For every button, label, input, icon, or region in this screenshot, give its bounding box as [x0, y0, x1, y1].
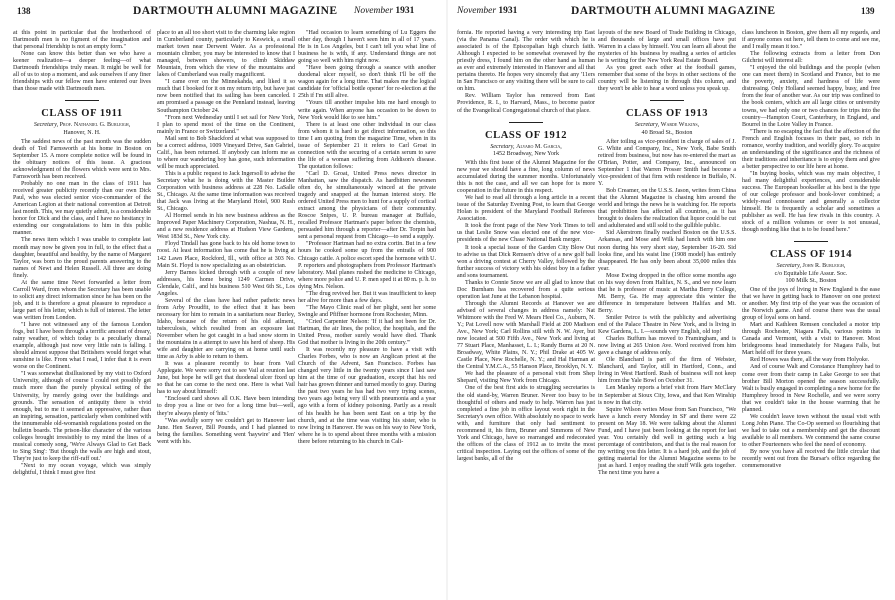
- paragraph: "The Mayo Clinic read of her plight, sen…: [298, 305, 436, 319]
- issue-year: 1931: [395, 6, 414, 16]
- secretary-label: Secretary,: [635, 122, 659, 128]
- paragraph: "From next Wednesday until I set sail fo…: [157, 115, 295, 136]
- paragraph: It took a special issue of the Garden Ci…: [457, 245, 595, 280]
- paragraph: layouts of the new Board of Trade Buildi…: [598, 30, 736, 65]
- paragraph: Charles Buffum has moved to Framingham, …: [598, 336, 736, 357]
- secretary-label: Secretary,: [777, 263, 801, 269]
- secretary-label: Secretary,: [490, 144, 514, 150]
- running-header-left: 138 DARTMOUTH ALUMNI MAGAZINE November 1…: [0, 5, 447, 21]
- issue-date: November 1931: [457, 6, 517, 16]
- paragraph: None can know this better than we who ha…: [13, 51, 151, 93]
- secretary-info: Secretary, Prof. Nathaniel G. Burleigh,H…: [13, 122, 151, 136]
- paragraph: This is a public request to Jack Ingerso…: [157, 171, 295, 213]
- paragraph: The following extracts from a letter fro…: [742, 51, 880, 65]
- paragraph: Len Manley reports a brief visit from Ha…: [598, 385, 736, 406]
- secretary-info: Secretary, John R. Burleigh,c/o Equitabl…: [742, 263, 880, 285]
- page-number: 138: [17, 6, 31, 16]
- secretary-address: 40 Broad St., Boston: [642, 130, 693, 136]
- issue-month: November: [354, 6, 393, 16]
- paragraph: "Cried Carpenter Nelson: 'If it had not …: [298, 319, 436, 347]
- paragraph: And of course Walt and Constance Humphre…: [742, 364, 880, 413]
- paragraph: The saddest news of the past month was t…: [13, 139, 151, 181]
- paragraph: We couldn't leave town without the usual…: [742, 414, 880, 449]
- paragraph: Mail sent to Bob Shackford at what was s…: [157, 136, 295, 171]
- secretary-info: Secretary, Warde Wilkins,40 Broad St., B…: [598, 122, 736, 136]
- issue-year: 1931: [498, 6, 517, 16]
- class-heading: CLASS OF 1914: [742, 249, 880, 261]
- paragraph: class luncheon in Boston, give them all …: [742, 30, 880, 51]
- class-heading: CLASS OF 1911: [13, 108, 151, 120]
- paragraph: "Carl D. Groat, United Press news direct…: [298, 171, 436, 241]
- secretary-address-line2: 100 Milk St., Boston: [786, 278, 837, 284]
- paragraph: "Next to my ocean voyage, which was simp…: [13, 463, 151, 477]
- right-page: November 1931 DARTMOUTH ALUMNI MAGAZINE …: [448, 0, 895, 600]
- text-column-5: layouts of the new Board of Trade Buildi…: [598, 30, 736, 477]
- section-divider: [509, 122, 543, 123]
- paragraph: Bob Creamer, on the U.S.S. Jason, writes…: [598, 188, 736, 230]
- paragraph: One of the best first aids to struggling…: [457, 385, 595, 463]
- paragraph: "Have been going through a seance with a…: [298, 65, 436, 100]
- class-heading: CLASS OF 1913: [598, 108, 736, 120]
- magazine-title: DARTMOUTH ALUMNI MAGAZINE: [571, 5, 775, 17]
- paragraph: Ole Blanchard is part of the firm of Web…: [598, 357, 736, 385]
- paragraph: Mose Ewing dropped in the office some mo…: [598, 273, 736, 315]
- paragraph: It was a pleasure recently to hear from …: [157, 361, 295, 396]
- paragraph: After toiling as vice-president in charg…: [598, 139, 736, 188]
- paragraph: "I was somewhat disillusioned by my visi…: [13, 371, 151, 463]
- secretary-name: Warde Wilkins,: [661, 122, 699, 128]
- paragraph: "I came over on the Minnekahda, and like…: [157, 79, 295, 114]
- paragraph: There is at least one other individual i…: [298, 122, 436, 171]
- paragraph: Floyd Tindall has gone back to his old h…: [157, 241, 295, 269]
- paragraph: We had to read all through a long articl…: [457, 195, 595, 223]
- paragraph: Al Hormel sends in his new business addr…: [157, 213, 295, 241]
- section-divider: [65, 100, 99, 101]
- paragraph: "In buying books, which was my main obje…: [742, 171, 880, 234]
- paragraph: Probably no one man in the class of 1911…: [13, 181, 151, 237]
- paragraph: Several of the class have had rather pat…: [157, 298, 295, 361]
- paragraph: Rev. William Taylor has removed from Eas…: [457, 93, 595, 114]
- secretary-address: Hanover, N. H.: [63, 130, 100, 136]
- paragraph: "Had occasion to learn something of Lu E…: [298, 30, 436, 65]
- paragraph: We had the pleasure of a personal visit …: [457, 371, 595, 385]
- paragraph: Sid Akerstrom finally reached Boston on …: [598, 230, 736, 272]
- paragraph: Through the Alumni Records at Hanover we…: [457, 301, 595, 371]
- secretary-name: Prof. Nathaniel G. Burleigh,: [60, 122, 131, 128]
- paragraph: "Yours till another impulse hits me hard…: [298, 100, 436, 121]
- text-column-6: class luncheon in Boston, give them all …: [742, 30, 880, 470]
- paragraph: fornia. He reported having a very intere…: [457, 30, 595, 93]
- paragraph: With this first issue of the Alumni Maga…: [457, 160, 595, 195]
- class-heading: CLASS OF 1912: [457, 130, 595, 142]
- paragraph: Jerry Barnes kicked through with a coupl…: [157, 270, 295, 298]
- secretary-name: Alvaro M. Garcia,: [516, 144, 562, 150]
- paragraph: Squire Wilson writes Mose from San Franc…: [598, 407, 736, 477]
- left-page: 138 DARTMOUTH ALUMNI MAGAZINE November 1…: [0, 0, 447, 600]
- paragraph: place to an all too short visit to the c…: [157, 30, 295, 79]
- paragraph: "I enjoyed the old buildings and the peo…: [742, 65, 880, 128]
- text-column-4: fornia. He reported having a very intere…: [457, 30, 595, 463]
- paragraph: It took the front page of the New York T…: [457, 223, 595, 244]
- section-divider: [794, 241, 828, 242]
- text-column-1: at this point in particular that the bro…: [13, 30, 151, 477]
- paragraph: "The drug revived her. But it was insuff…: [298, 291, 436, 305]
- text-column-3: "Had occasion to learn something of Lu E…: [298, 30, 436, 446]
- paragraph: Smiler Peirce is with the publicity and …: [598, 315, 736, 336]
- section-divider: [650, 100, 684, 101]
- paragraph: "Professor Hartman had no extra cortin. …: [298, 241, 436, 290]
- paragraph: at this point in particular that the bro…: [13, 30, 151, 51]
- paragraph: Mart and Kathleen Remsen concluded a mot…: [742, 322, 880, 357]
- issue-date: November 1931: [354, 6, 414, 16]
- paragraph: At the same time Newt forwarded a letter…: [13, 280, 151, 322]
- page-number: 139: [861, 6, 875, 16]
- secretary-address: c/o Equitable Life Assur. Soc.: [775, 271, 848, 277]
- paragraph: By now you have all received the little …: [742, 449, 880, 470]
- paragraph: One of the joys of living in New England…: [742, 287, 880, 322]
- paragraph: "I have not witnessed any of the famous …: [13, 322, 151, 371]
- paragraph: It was recently my pleasure to have a vi…: [298, 347, 436, 446]
- paragraph: The news item which I was unable to comp…: [13, 237, 151, 279]
- text-column-2: place to an all too short visit to the c…: [157, 30, 295, 446]
- secretary-name: John R. Burleigh,: [803, 263, 846, 269]
- secretary-info: Secretary, Alvaro M. Garcia,1452 Broadwa…: [457, 144, 595, 158]
- paragraph: As you greet each other at the football …: [598, 65, 736, 93]
- paragraph: "Was awfully sorry we couldn't get to Ha…: [157, 418, 295, 446]
- paragraph: "There is no escaping the fact that the …: [742, 129, 880, 171]
- secretary-label: Secretary,: [34, 122, 58, 128]
- secretary-address: 1452 Broadway, New York: [493, 151, 559, 157]
- magazine-title: DARTMOUTH ALUMNI MAGAZINE: [133, 5, 337, 17]
- paragraph: Thanks to Connie Snow we are all glad to…: [457, 280, 595, 301]
- issue-month: November: [457, 6, 496, 16]
- paragraph: "Enclosed card shows all O.K. Have been …: [157, 396, 295, 417]
- running-header-right: November 1931 DARTMOUTH ALUMNI MAGAZINE …: [448, 5, 895, 21]
